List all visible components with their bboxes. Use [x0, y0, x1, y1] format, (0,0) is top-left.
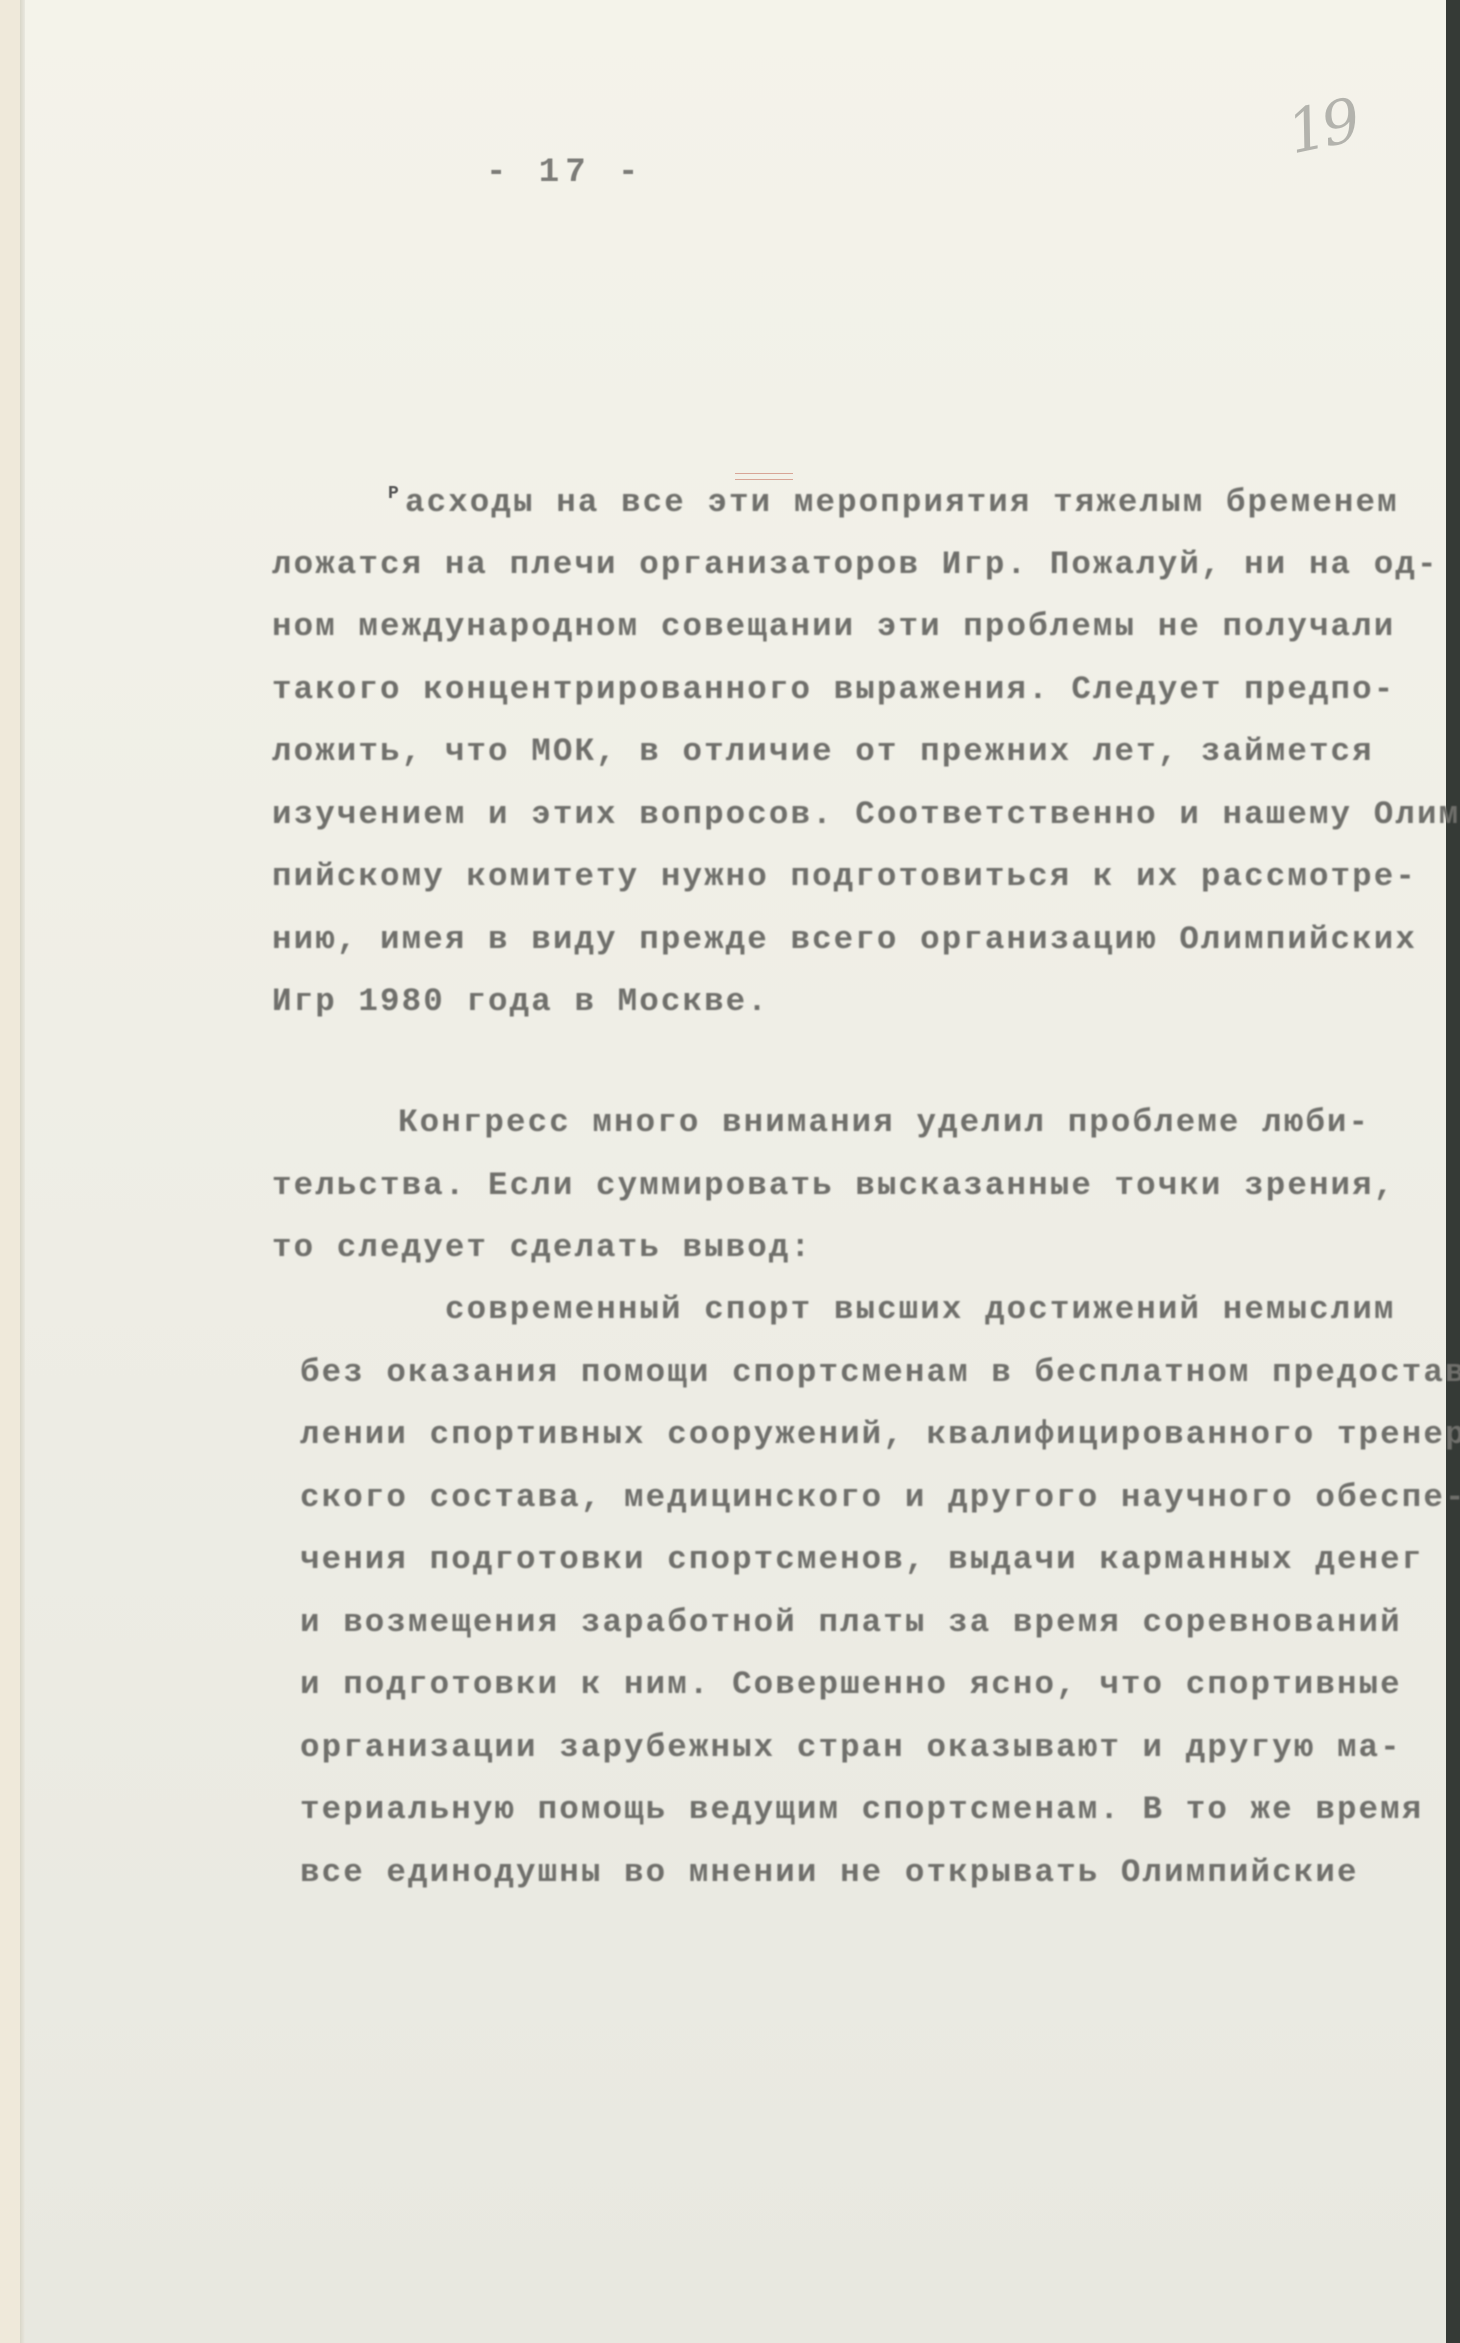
text-line: без оказания помощи спортсменам в беспла…: [300, 1353, 1460, 1393]
text-line: ложить, что МОК, в отличие от прежних ле…: [272, 732, 1374, 772]
handwritten-archive-number: 19: [1281, 86, 1362, 169]
text-line: изучением и этих вопросов. Соответственн…: [272, 795, 1460, 835]
text-line: асходы на все эти мероприятия тяжелым бр…: [405, 483, 1399, 523]
text-line: такого концентрированного выражения. Сле…: [272, 670, 1395, 710]
text-line: ского состава, медицинского и другого на…: [300, 1478, 1460, 1518]
binding-strip: [0, 0, 20, 2343]
text-line: то следует сделать вывод:: [272, 1228, 812, 1268]
text-line: чения подготовки спортсменов, выдачи кар…: [300, 1540, 1423, 1580]
text-line: все единодушны во мнении не открывать Ол…: [300, 1853, 1359, 1893]
text-line: пийскому комитету нужно подготовиться к …: [272, 857, 1417, 897]
text-line: нию, имея в виду прежде всего организаци…: [272, 920, 1417, 960]
red-pencil-mark: [735, 473, 793, 480]
text-line: ложатся на плечи организаторов Игр. Пожа…: [272, 545, 1439, 585]
text-line: современный спорт высших достижений немы…: [445, 1290, 1396, 1330]
text-line: ном международном совещании эти проблемы…: [272, 607, 1395, 647]
text-line: и возмещения заработной платы за время с…: [300, 1603, 1402, 1643]
text-line: организации зарубежных стран оказывают и…: [300, 1728, 1402, 1768]
text-line: Конгресс много внимания уделил проблеме …: [398, 1103, 1370, 1143]
typed-correction-mark: Р: [388, 484, 399, 504]
scan-edge: [1446, 0, 1460, 2343]
text-line: Игр 1980 года в Москве.: [272, 982, 769, 1022]
text-line: и подготовки к ним. Совершенно ясно, что…: [300, 1665, 1402, 1705]
text-line: лении спортивных сооружений, квалифициро…: [300, 1415, 1460, 1455]
text-line: тельства. Если суммировать высказанные т…: [272, 1166, 1395, 1206]
page-number: - 17 -: [486, 154, 644, 192]
text-line: териальную помощь ведущим спортсменам. В…: [300, 1790, 1423, 1830]
